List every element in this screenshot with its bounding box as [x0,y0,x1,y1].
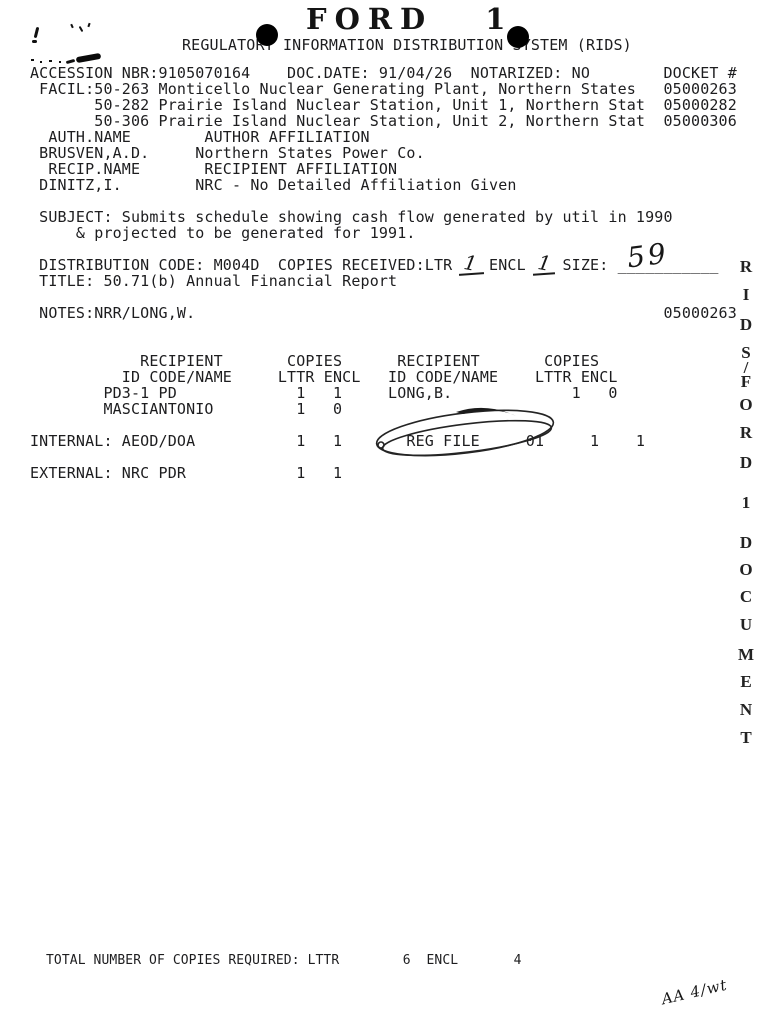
total-copies-line: TOTAL NUMBER OF COPIES REQUIRED: LTTR 6 … [46,953,522,968]
vertical-letter: O [736,561,756,578]
vertical-letter: D [736,534,756,551]
blank-line [30,193,737,209]
vertical-letter: O [736,396,756,413]
vertical-letter: I [736,286,756,303]
ink-speck [40,61,42,63]
ink-mark [32,40,37,43]
facility-line: 50-282 Prairie Island Nuclear Station, U… [30,97,737,113]
table-header-line: RECIPIENT COPIES RECIPIENT COPIES [30,353,737,369]
punch-hole-left [256,24,278,46]
vertical-letter: D [736,454,756,471]
ink-mark [70,24,74,28]
form-subtitle: REGULATORY INFORMATION DISTRIBUTION SYST… [182,36,632,54]
facility-line: FACIL:50-263 Monticello Nuclear Generati… [30,81,737,97]
vertical-letter: R [736,424,756,441]
accession-line: ACCESSION NBR:9105070164 DOC.DATE: 91/04… [30,65,737,81]
ink-speck [31,59,34,61]
vertical-letter: U [736,616,756,633]
table-row: PD3-1 PD 1 1 LONG,B. 1 0 [30,385,737,401]
author-line: BRUSVEN,A.D. Northern States Power Co. [30,145,737,161]
ink-mark [34,27,40,38]
vertical-letter: 1 [736,494,756,511]
blank-line [30,289,737,305]
subject-line: SUBJECT: Submits schedule showing cash f… [30,209,737,225]
notes-line: NOTES:NRR/LONG,W. 05000263 [30,305,737,321]
vertical-letter: R [736,258,756,275]
auth-name-header-line: AUTH.NAME AUTHOR AFFILIATION [30,129,737,145]
vertical-letter: N [736,701,756,718]
reg-file-oval-mark [368,400,563,470]
title-line: TITLE: 50.71(b) Annual Financial Report [30,273,737,289]
vertical-letter: D [736,316,756,333]
vertical-letter: T [736,729,756,746]
form-title: FORD 1 [306,2,513,36]
handwritten-size-value: 59 [625,237,670,275]
recipient-line: DINITZ,I. NRC - No Detailed Affiliation … [30,177,737,193]
facility-line: 50-306 Prairie Island Nuclear Station, U… [30,113,737,129]
ink-smudge [76,53,102,63]
subject-line-2: & projected to be generated for 1991. [30,225,737,241]
blank-line [30,321,737,337]
vertical-letter: C [736,588,756,605]
table-subheader-line: ID CODE/NAME LTTR ENCL ID CODE/NAME LTTR… [30,369,737,385]
handwritten-annotation: AA 4/wt [660,976,729,1009]
scanned-rids-document: FORD 1 REGULATORY INFORMATION DISTRIBUTI… [0,0,770,1024]
blank-line [30,337,737,353]
ink-mark [79,26,84,32]
ink-speck [49,60,52,62]
vertical-letter: F [736,373,756,390]
recip-name-header-line: RECIP.NAME RECIPIENT AFFILIATION [30,161,737,177]
ink-mark [87,23,90,27]
vertical-letter: E [736,673,756,690]
punch-hole-right [507,26,529,48]
vertical-letter: M [736,646,756,663]
ink-speck [59,61,61,63]
